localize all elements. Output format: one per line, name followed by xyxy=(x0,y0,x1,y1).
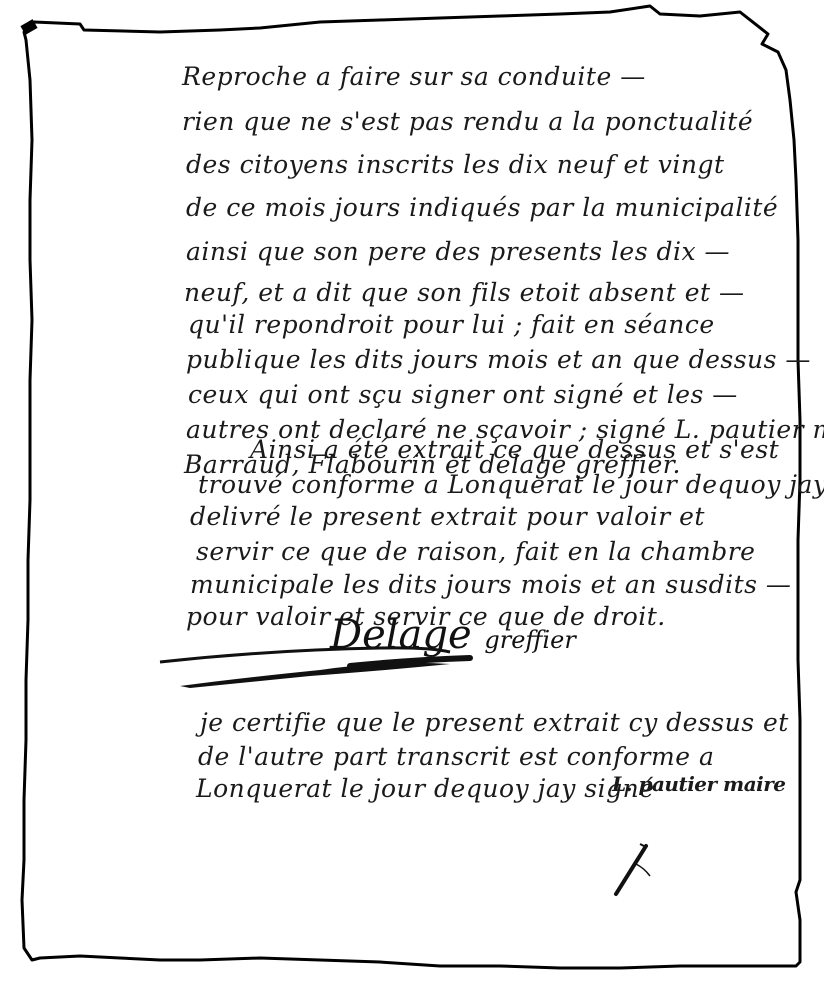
body-line: neuf, et a dit que son fils etoit absent… xyxy=(184,278,744,307)
body-line: municipale les dits jours mois et an sus… xyxy=(190,570,791,599)
body-line: delivré le present extrait pour valoir e… xyxy=(190,502,705,531)
body-line: Reproche a faire sur sa conduite — xyxy=(182,62,646,91)
body-line: trouvé conforme a Lonquerat le jour dequ… xyxy=(198,470,824,499)
certification-line: de l'autre part transcrit est conforme a xyxy=(198,742,714,771)
body-line: servir ce que de raison, fait en la cham… xyxy=(196,537,755,566)
certification-line: je certifie que le present extrait cy de… xyxy=(200,708,789,737)
body-line: qu'il repondroit pour lui ; fait en séan… xyxy=(188,310,715,339)
manuscript-page: Reproche a faire sur sa conduite — rien … xyxy=(0,0,824,1000)
body-line: rien que ne s'est pas rendu a la ponctua… xyxy=(182,107,753,136)
body-line: des citoyens inscrits les dix neuf et vi… xyxy=(186,150,725,179)
certification-line: Lonquerat le jour dequoy jay signé xyxy=(196,774,655,803)
body-line: de ce mois jours indiqués par la municip… xyxy=(186,193,778,222)
page-mark xyxy=(610,840,670,900)
mayor-signature: L. pautier maire xyxy=(612,772,786,796)
signature-flourish xyxy=(150,630,650,690)
body-line: ceux qui ont sçu signer ont signé et les… xyxy=(188,380,738,409)
body-line: Ainsi a été extrait ce que dessus et s'e… xyxy=(250,435,779,464)
body-line: ainsi que son pere des presents les dix … xyxy=(186,237,730,266)
body-line: publique les dits jours mois et an que d… xyxy=(186,345,811,374)
